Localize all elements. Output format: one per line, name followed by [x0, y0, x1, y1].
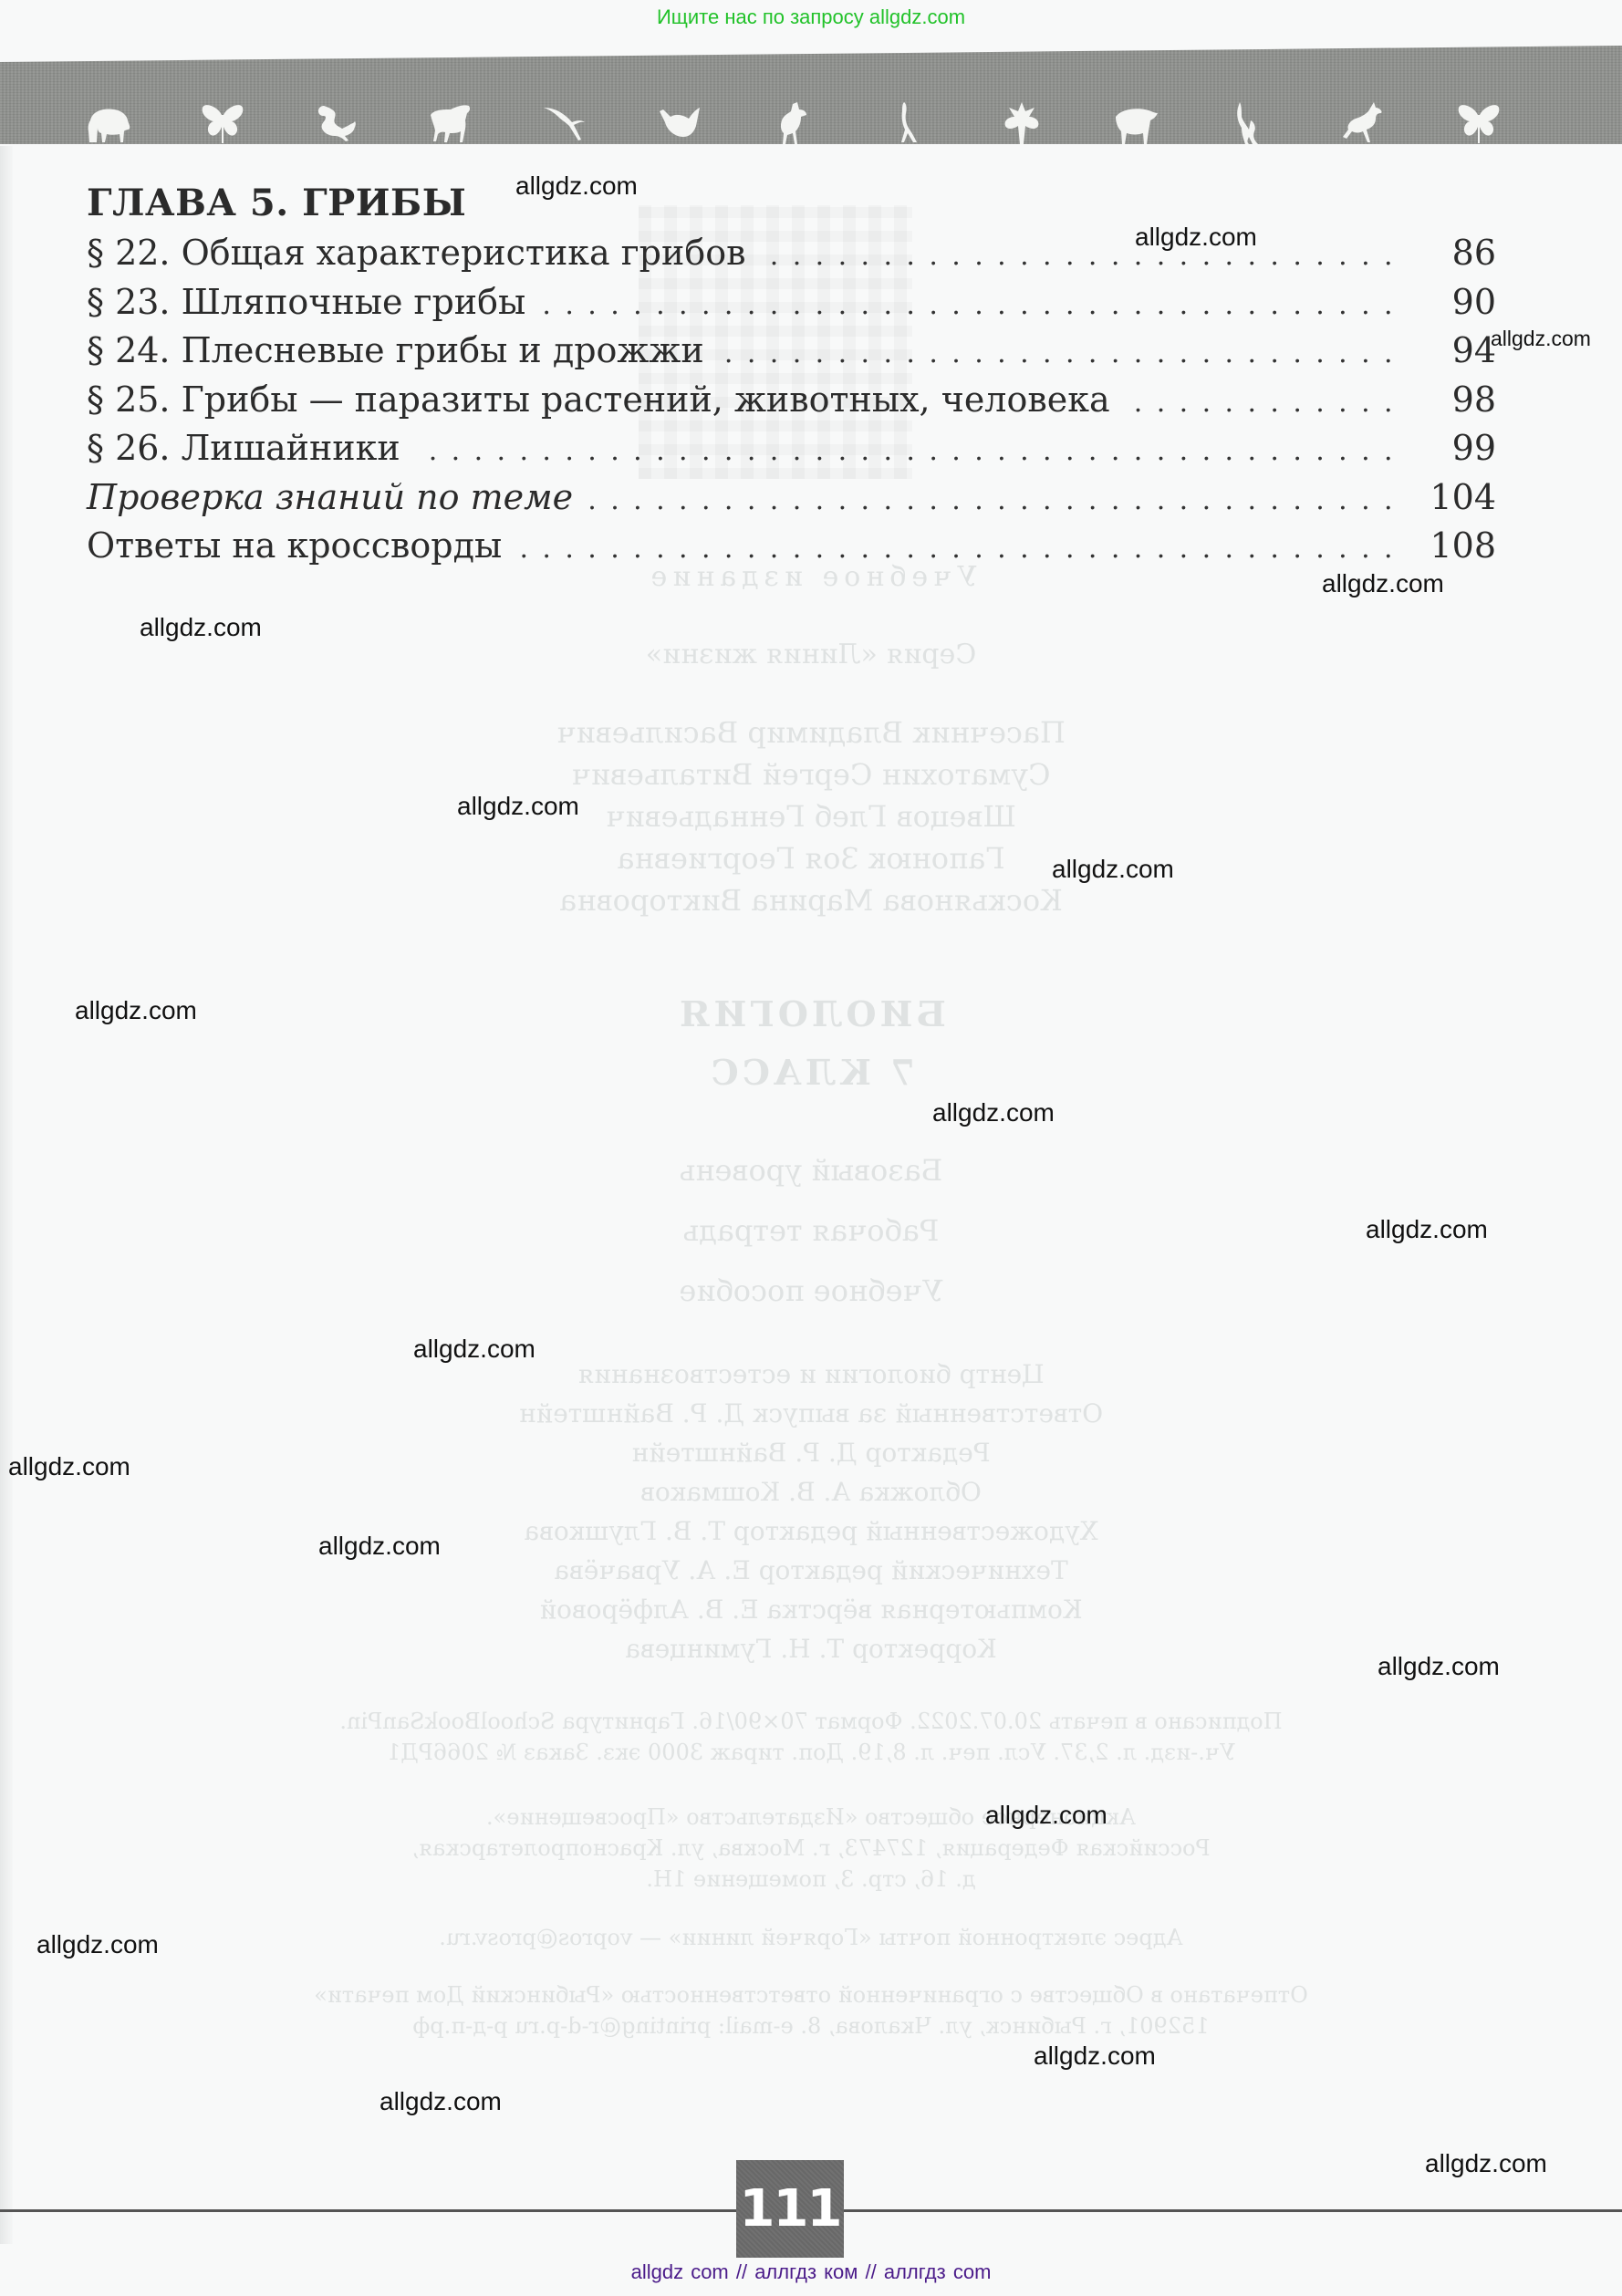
butterfly-icon [196, 100, 249, 144]
toc-entry-title: § 23. Шляпочные грибы [87, 278, 538, 327]
toc-entry-page: 104 [1407, 473, 1496, 523]
toc-leader-dots: ........................................… [1123, 379, 1407, 428]
toc-entry[interactable]: § 25. Грибы — паразиты растений, животны… [87, 376, 1496, 425]
watermark: allgdz.com [380, 2087, 502, 2116]
toc-entry-page: 98 [1407, 376, 1496, 425]
horse-icon [424, 100, 477, 144]
toc-entry-title: § 25. Грибы — паразиты растений, животны… [87, 376, 1123, 425]
toc-leader-dots: ........................................… [515, 525, 1407, 574]
bird-icon [539, 100, 592, 144]
bleed-through-text: Акционерное общество «Издательство «Прос… [0, 1802, 1622, 1895]
bleed-through-text: Отпечатано в Обществе с ограниченной отв… [0, 1979, 1622, 2041]
toc-entry-title: Проверка знаний по теме [87, 473, 586, 523]
toc-entry[interactable]: § 26. Лишайники.........................… [87, 424, 1496, 473]
bleed-through-text: БИОЛОГИЯ 7 КЛАСС [0, 985, 1622, 1102]
toc-entry-page: 108 [1407, 522, 1496, 571]
bleed-through-text: Центр биологии и естествознания Ответств… [0, 1355, 1622, 1668]
bison-icon [82, 100, 135, 144]
kangaroo-icon [1224, 100, 1277, 144]
watermark: allgdz.com [1491, 327, 1591, 351]
toc-leader-dots: ........................................… [538, 281, 1407, 330]
bleed-through-text: Подписано в печать 20.07.2022. Формат 70… [0, 1706, 1622, 1768]
toc-entry-title: § 24. Плесневые грибы и дрожжи [87, 327, 717, 376]
insect-icon [995, 100, 1048, 144]
watermark: allgdz.com [985, 1801, 1107, 1830]
toc-leader-dots: ........................................… [758, 232, 1407, 281]
page-number-badge: 111 [736, 2160, 844, 2258]
watermark: allgdz.com [36, 1930, 159, 1959]
watermark: allgdz.com [1322, 569, 1444, 598]
toc-entry[interactable]: § 22. Общая характеристика грибов.......… [87, 229, 1496, 278]
watermark: allgdz.com [318, 1532, 441, 1561]
watermark: allgdz.com [1052, 855, 1174, 884]
fish-icon [653, 100, 706, 144]
toc-entry[interactable]: Ответы на кроссворды....................… [87, 522, 1496, 571]
top-search-banner-link[interactable]: Ищите нас по запросу allgdz.com [0, 5, 1622, 29]
bleed-through-text: Пасечник Владимир Васильевич Суматохин С… [0, 712, 1622, 921]
watermark: allgdz.com [515, 171, 638, 201]
watermark: allgdz.com [1378, 1652, 1500, 1681]
toc-entry-title: § 22. Общая характеристика грибов [87, 229, 758, 278]
toc-entry-title: Ответы на кроссворды [87, 522, 515, 571]
boar-icon [1109, 100, 1162, 144]
toc-leader-dots: ........................................… [586, 476, 1407, 525]
bottom-links[interactable]: allgdz com // аллгдз ком // аллгдз com [0, 2260, 1622, 2284]
watermark: allgdz.com [1135, 223, 1257, 252]
butterfly-icon [1452, 100, 1505, 144]
toc-entry-title: § 26. Лишайники [87, 424, 413, 473]
watermark: allgdz.com [75, 996, 197, 1025]
toc-entry-page: 86 [1407, 229, 1496, 278]
watermark: allgdz.com [413, 1335, 535, 1364]
chapter-heading: ГЛАВА 5. ГРИБЫ [87, 178, 1496, 229]
watermark: allgdz.com [1034, 2041, 1156, 2071]
toc-entry-page: 90 [1407, 278, 1496, 327]
bleed-through-text: Серия «Линия жизни» [0, 639, 1622, 670]
watermark: allgdz.com [8, 1452, 130, 1481]
bleed-through-text: Адрес электронной почты «Горячей линии» … [0, 1925, 1622, 1950]
toc-entry-page: 99 [1407, 424, 1496, 473]
watermark: allgdz.com [1366, 1215, 1488, 1244]
watermark: allgdz.com [140, 613, 262, 642]
toc-entry[interactable]: § 24. Плесневые грибы и дрожжи..........… [87, 327, 1496, 376]
table-of-contents: ГЛАВА 5. ГРИБЫ § 22. Общая характеристик… [87, 178, 1496, 571]
toc-leader-dots: ........................................… [717, 329, 1407, 379]
watermark: allgdz.com [457, 792, 579, 821]
toc-leader-dots: ........................................… [413, 427, 1407, 476]
animal-silhouettes [82, 91, 1505, 144]
toc-entry[interactable]: Проверка знаний по теме.................… [87, 473, 1496, 523]
watermark: allgdz.com [932, 1098, 1055, 1127]
toc-entry[interactable]: § 23. Шляпочные грибы...................… [87, 278, 1496, 327]
deer-icon [767, 100, 820, 144]
toc-entry-page: 94 [1407, 327, 1496, 376]
heron-icon [881, 100, 934, 144]
scorpion-icon [310, 100, 363, 144]
antelope-icon [1338, 100, 1391, 144]
watermark: allgdz.com [1425, 2149, 1547, 2178]
